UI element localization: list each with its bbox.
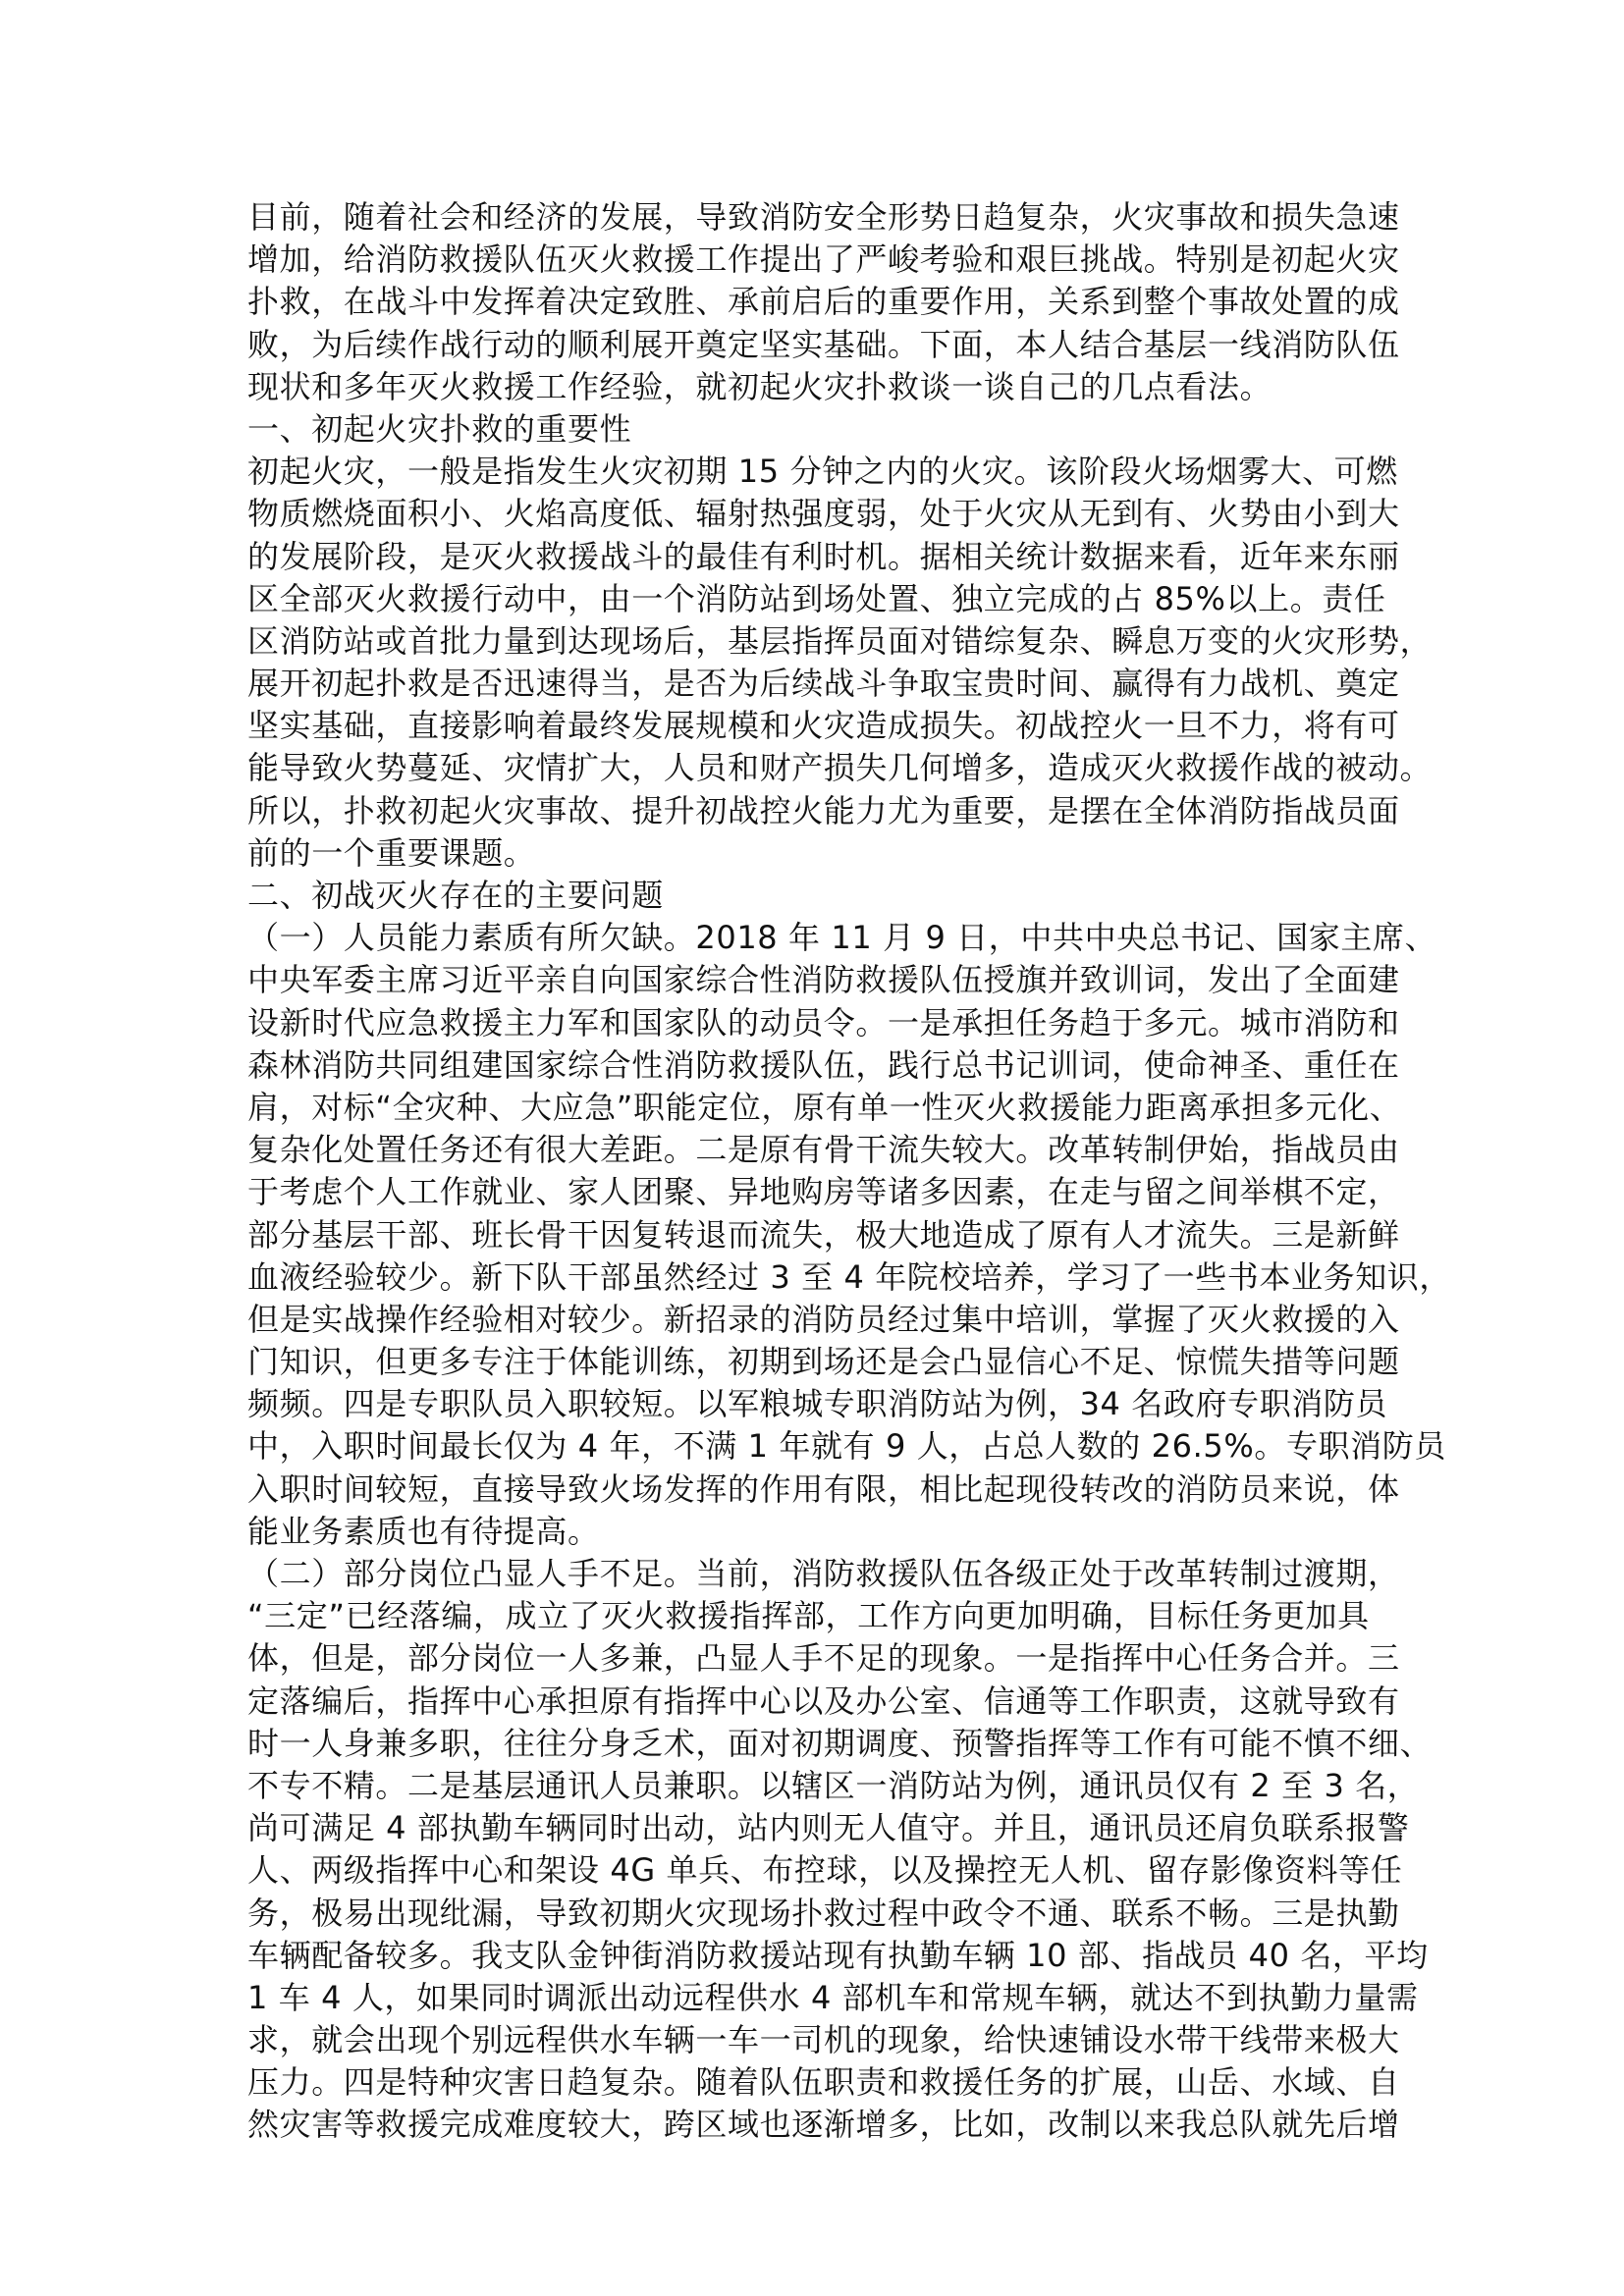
paragraph-line: 时一人身兼多职，往往分身乏术，面对初期调度、预警指挥等工作有可能不慎不细、 bbox=[247, 1723, 1386, 1765]
paragraph-line: 复杂化处置任务还有很大差距。二是原有骨干流失较大。改革转制伊始，指战员由 bbox=[247, 1129, 1386, 1171]
paragraph-line: 血液经验较少。新下队干部虽然经过 3 至 4 年院校培养，学习了一些书本业务知识… bbox=[247, 1256, 1386, 1299]
paragraph-line: 车辆配备较多。我支队金钟街消防救援站现有执勤车辆 10 部、指战员 40 名，平… bbox=[247, 1935, 1386, 1977]
paragraph-line: 于考虑个人工作就业、家人团聚、异地购房等诸多因素，在走与留之间举棋不定， bbox=[247, 1171, 1386, 1213]
paragraph-line: 前的一个重要课题。 bbox=[247, 832, 1386, 875]
section-heading: 二、初战灭火存在的主要问题 bbox=[247, 875, 1386, 917]
paragraph-line: 能业务素质也有待提高。 bbox=[247, 1511, 1386, 1553]
paragraph-line: 败，为后续作战行动的顺利展开奠定坚实基础。下面，本人结合基层一线消防队伍 bbox=[247, 324, 1386, 366]
paragraph-line: 然灾害等救援完成难度较大，跨区域也逐渐增多，比如，改制以来我总队就先后增 bbox=[247, 2104, 1386, 2146]
paragraph-line: 初起火灾，一般是指发生火灾初期 15 分钟之内的火灾。该阶段火场烟雾大、可燃 bbox=[247, 451, 1386, 493]
paragraph-line: 不专不精。二是基层通讯人员兼职。以辖区一消防站为例，通讯员仅有 2 至 3 名， bbox=[247, 1765, 1386, 1807]
paragraph-line: 森林消防共同组建国家综合性消防救援队伍，践行总书记训词，使命神圣、重任在 bbox=[247, 1044, 1386, 1087]
paragraph-line: 增加，给消防救援队伍灭火救援工作提出了严峻考验和艰巨挑战。特别是初起火灾 bbox=[247, 239, 1386, 281]
paragraph-line: 坚实基础，直接影响着最终发展规模和火灾造成损失。初战控火一旦不力，将有可 bbox=[247, 705, 1386, 747]
paragraph-line: 入职时间较短，直接导致火场发挥的作用有限，相比起现役转改的消防员来说，体 bbox=[247, 1468, 1386, 1511]
paragraph-line: 尚可满足 4 部执勤车辆同时出动，站内则无人值守。并且，通讯员还肩负联系报警 bbox=[247, 1807, 1386, 1849]
paragraph-line: 求，就会出现个别远程供水车辆一车一司机的现象，给快速铺设水带干线带来极大 bbox=[247, 2019, 1386, 2061]
paragraph-line: 设新时代应急救援主力军和国家队的动员令。一是承担任务趋于多元。城市消防和 bbox=[247, 1002, 1386, 1044]
paragraph-line: 人、两级指挥中心和架设 4G 单兵、布控球，以及操控无人机、留存影像资料等任 bbox=[247, 1849, 1386, 1892]
paragraph-line: 物质燃烧面积小、火焰高度低、辐射热强度弱，处于火灾从无到有、火势由小到大 bbox=[247, 493, 1386, 535]
section-heading: 一、初起火灾扑救的重要性 bbox=[247, 408, 1386, 451]
paragraph-line: 扑救，在战斗中发挥着决定致胜、承前启后的重要作用，关系到整个事故处置的成 bbox=[247, 281, 1386, 323]
document-page: 目前，随着社会和经济的发展，导致消防安全形势日趋复杂，火灾事故和损失急速 增加，… bbox=[247, 196, 1386, 2147]
paragraph-line: 门知识，但更多专注于体能训练，初期到场还是会凸显信心不足、惊慌失措等问题 bbox=[247, 1341, 1386, 1383]
paragraph-line: 定落编后，指挥中心承担原有指挥中心以及办公室、信通等工作职责，这就导致有 bbox=[247, 1681, 1386, 1723]
paragraph-line: “三定”已经落编，成立了灭火救援指挥部，工作方向更加明确，目标任务更加具 bbox=[247, 1595, 1386, 1637]
subsection-line: （一）人员能力素质有所欠缺。2018 年 11 月 9 日，中共中央总书记、国家… bbox=[247, 917, 1386, 959]
paragraph-line: 区消防站或首批力量到达现场后，基层指挥员面对错综复杂、瞬息万变的火灾形势， bbox=[247, 620, 1386, 663]
paragraph-line: 中央军委主席习近平亲自向国家综合性消防救援队伍授旗并致训词，发出了全面建 bbox=[247, 959, 1386, 1001]
paragraph-line: 肩，对标“全灾种、大应急”职能定位，原有单一性灭火救援能力距离承担多元化、 bbox=[247, 1087, 1386, 1129]
paragraph-line: 体，但是，部分岗位一人多兼，凸显人手不足的现象。一是指挥中心任务合并。三 bbox=[247, 1637, 1386, 1680]
paragraph-line: 中，入职时间最长仅为 4 年，不满 1 年就有 9 人，占总人数的 26.5%。… bbox=[247, 1425, 1386, 1468]
paragraph-line: 目前，随着社会和经济的发展，导致消防安全形势日趋复杂，火灾事故和损失急速 bbox=[247, 196, 1386, 239]
paragraph-line: 务，极易出现纰漏，导致初期火灾现场扑救过程中政令不通、联系不畅。三是执勤 bbox=[247, 1893, 1386, 1935]
paragraph-line: 1 车 4 人，如果同时调派出动远程供水 4 部机车和常规车辆，就达不到执勤力量… bbox=[247, 1977, 1386, 2019]
paragraph-line: 压力。四是特种灾害日趋复杂。随着队伍职责和救援任务的扩展，山岳、水域、自 bbox=[247, 2061, 1386, 2104]
paragraph-line: 现状和多年灭火救援工作经验，就初起火灾扑救谈一谈自己的几点看法。 bbox=[247, 366, 1386, 408]
paragraph-line: 所以，扑救初起火灾事故、提升初战控火能力尤为重要，是摆在全体消防指战员面 bbox=[247, 790, 1386, 832]
paragraph-line: 区全部灭火救援行动中，由一个消防站到场处置、独立完成的占 85%以上。责任 bbox=[247, 578, 1386, 620]
paragraph-line: 部分基层干部、班长骨干因复转退而流失，极大地造成了原有人才流失。三是新鲜 bbox=[247, 1214, 1386, 1256]
subsection-line: （二）部分岗位凸显人手不足。当前，消防救援队伍各级正处于改革转制过渡期， bbox=[247, 1553, 1386, 1595]
paragraph-line: 的发展阶段，是灭火救援战斗的最佳有利时机。据相关统计数据来看，近年来东丽 bbox=[247, 536, 1386, 578]
paragraph-line: 能导致火势蔓延、灾情扩大，人员和财产损失几何增多，造成灭火救援作战的被动。 bbox=[247, 747, 1386, 789]
paragraph-line: 频频。四是专职队员入职较短。以军粮城专职消防站为例，34 名政府专职消防员 bbox=[247, 1383, 1386, 1425]
paragraph-line: 但是实战操作经验相对较少。新招录的消防员经过集中培训，掌握了灭火救援的入 bbox=[247, 1299, 1386, 1341]
paragraph-line: 展开初起扑救是否迅速得当，是否为后续战斗争取宝贵时间、赢得有力战机、奠定 bbox=[247, 663, 1386, 705]
